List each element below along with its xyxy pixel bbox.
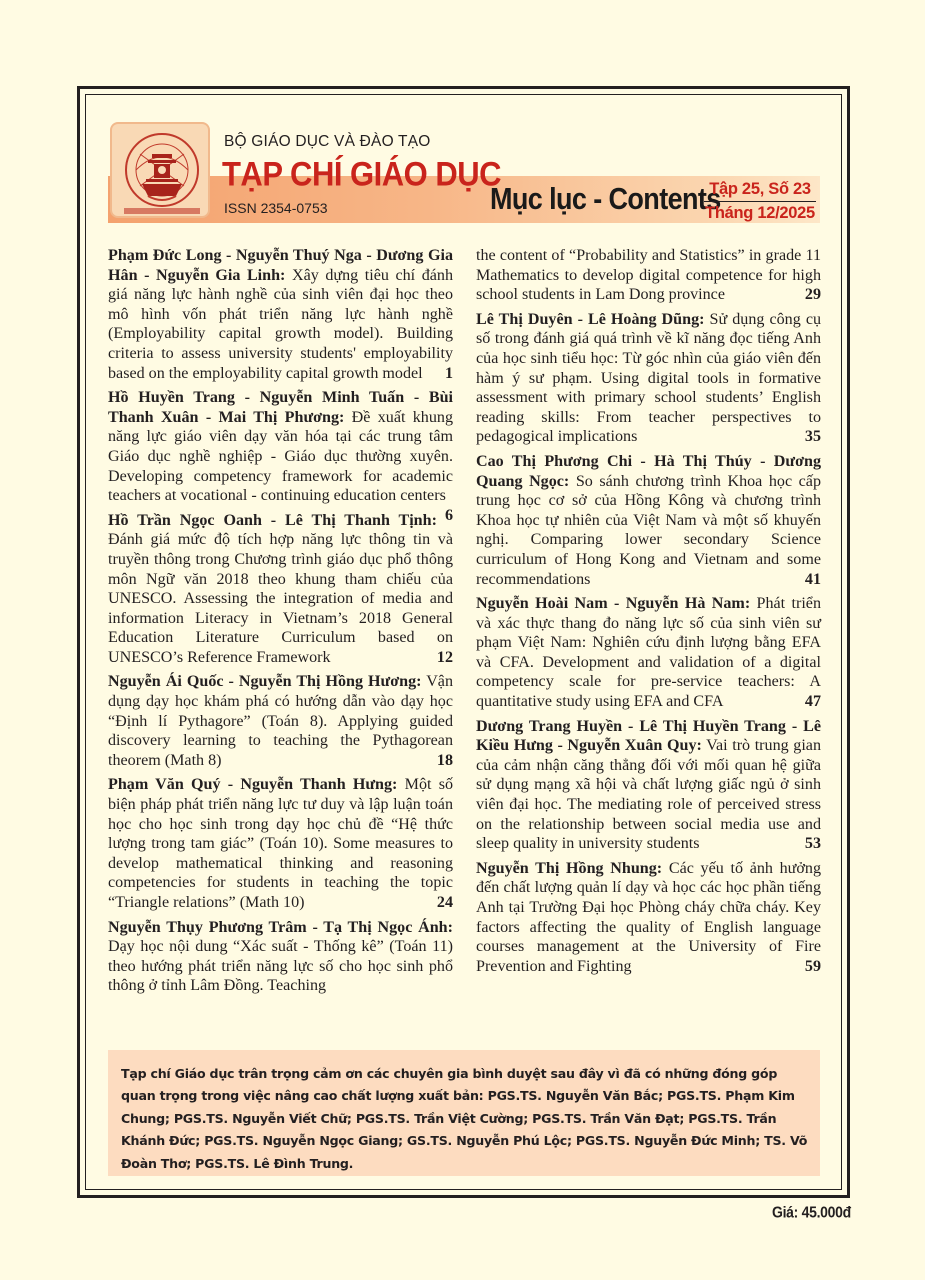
entry-page: 1 bbox=[445, 364, 453, 384]
entry-authors: Nguyễn Thị Hồng Nhung: bbox=[476, 860, 662, 877]
entry-authors: Nguyễn Thụy Phương Trâm - Tạ Thị Ngọc Án… bbox=[108, 919, 453, 936]
toc-entry-continued[interactable]: the content of “Probability and Statisti… bbox=[476, 246, 821, 305]
journal-logo-icon bbox=[110, 122, 210, 218]
entry-page: 35 bbox=[805, 427, 821, 447]
issue-date: Tháng 12/2025 bbox=[704, 202, 816, 224]
reviewer-acknowledgement: Tạp chí Giáo dục trân trọng cảm ơn các c… bbox=[108, 1050, 820, 1176]
issue-info: Tập 25, Số 23 Tháng 12/2025 bbox=[704, 178, 816, 224]
entry-title: Đánh giá mức độ tích hợp năng lực thông … bbox=[108, 531, 453, 666]
entry-page: 24 bbox=[437, 893, 453, 913]
toc-right-column: the content of “Probability and Statisti… bbox=[476, 246, 821, 981]
journal-name: TẠP CHÍ GIÁO DỤC bbox=[222, 154, 501, 194]
entry-page: 18 bbox=[437, 751, 453, 771]
volume-issue: Tập 25, Số 23 bbox=[704, 178, 816, 202]
entry-authors: Phạm Văn Quý - Nguyễn Thanh Hưng: bbox=[108, 776, 397, 793]
toc-entry[interactable]: Hồ Trần Ngọc Oanh - Lê Thị Thanh Tịnh: Đ… bbox=[108, 511, 453, 668]
entry-authors: Nguyễn Hoài Nam - Nguyễn Hà Nam: bbox=[476, 595, 750, 612]
contents-title: Mục lục - Contents bbox=[490, 182, 721, 217]
ministry-name: BỘ GIÁO DỤC VÀ ĐÀO TẠO bbox=[224, 133, 431, 151]
toc-entry[interactable]: Cao Thị Phương Chi - Hà Thị Thúy - Dương… bbox=[476, 452, 821, 589]
entry-page: 12 bbox=[437, 648, 453, 668]
entry-authors: Nguyễn Ái Quốc - Nguyễn Thị Hồng Hương: bbox=[108, 673, 421, 690]
entry-page: 41 bbox=[805, 570, 821, 590]
entry-page: 59 bbox=[805, 957, 821, 977]
entry-page: 47 bbox=[805, 692, 821, 712]
toc-entry[interactable]: Nguyễn Thụy Phương Trâm - Tạ Thị Ngọc Án… bbox=[108, 918, 453, 996]
toc-left-column: Phạm Đức Long - Nguyễn Thuý Nga - Dương … bbox=[108, 246, 453, 1001]
entry-authors: Hồ Trần Ngọc Oanh - Lê Thị Thanh Tịnh: bbox=[108, 512, 437, 529]
entry-title: Dạy học nội dung “Xác suất - Thống kê” (… bbox=[108, 938, 453, 994]
entry-page: 29 bbox=[805, 285, 821, 305]
masthead: BỘ GIÁO DỤC VÀ ĐÀO TẠO TẠP CHÍ GIÁO DỤC … bbox=[108, 120, 820, 224]
entry-title: Một số biện pháp phát triển năng lực tư … bbox=[108, 776, 453, 911]
toc-entry[interactable]: Phạm Văn Quý - Nguyễn Thanh Hưng: Một số… bbox=[108, 775, 453, 912]
toc-entry[interactable]: Phạm Đức Long - Nguyễn Thuý Nga - Dương … bbox=[108, 246, 453, 383]
toc-entry[interactable]: Hồ Huyền Trang - Nguyễn Minh Tuấn - Bùi … bbox=[108, 388, 453, 506]
entry-title: Phát triển và xác thực thang đo năng lực… bbox=[476, 595, 821, 710]
entry-title: the content of “Probability and Statisti… bbox=[476, 247, 821, 303]
entry-authors: Lê Thị Duyên - Lê Hoàng Dũng: bbox=[476, 311, 705, 328]
toc-entry[interactable]: Lê Thị Duyên - Lê Hoàng Dũng: Sử dụng cô… bbox=[476, 310, 821, 447]
entry-title: Các yếu tố ảnh hưởng đến chất lượng quản… bbox=[476, 860, 821, 975]
issn: ISSN 2354-0753 bbox=[224, 200, 328, 216]
toc-entry[interactable]: Nguyễn Hoài Nam - Nguyễn Hà Nam: Phát tr… bbox=[476, 594, 821, 712]
entry-title: Sử dụng công cụ số trong đánh giá quá tr… bbox=[476, 311, 821, 446]
toc-entry[interactable]: Nguyễn Thị Hồng Nhung: Các yếu tố ảnh hư… bbox=[476, 859, 821, 977]
entry-title: Vai trò trung gian của cảm nhận căng thẳ… bbox=[476, 737, 821, 852]
entry-page: 53 bbox=[805, 834, 821, 854]
toc-entry[interactable]: Dương Trang Huyền - Lê Thị Huyền Trang -… bbox=[476, 717, 821, 854]
price-label: Giá: 45.000đ bbox=[772, 1203, 851, 1221]
toc-entry[interactable]: Nguyễn Ái Quốc - Nguyễn Thị Hồng Hương: … bbox=[108, 672, 453, 770]
entry-page: 6 bbox=[445, 506, 453, 526]
